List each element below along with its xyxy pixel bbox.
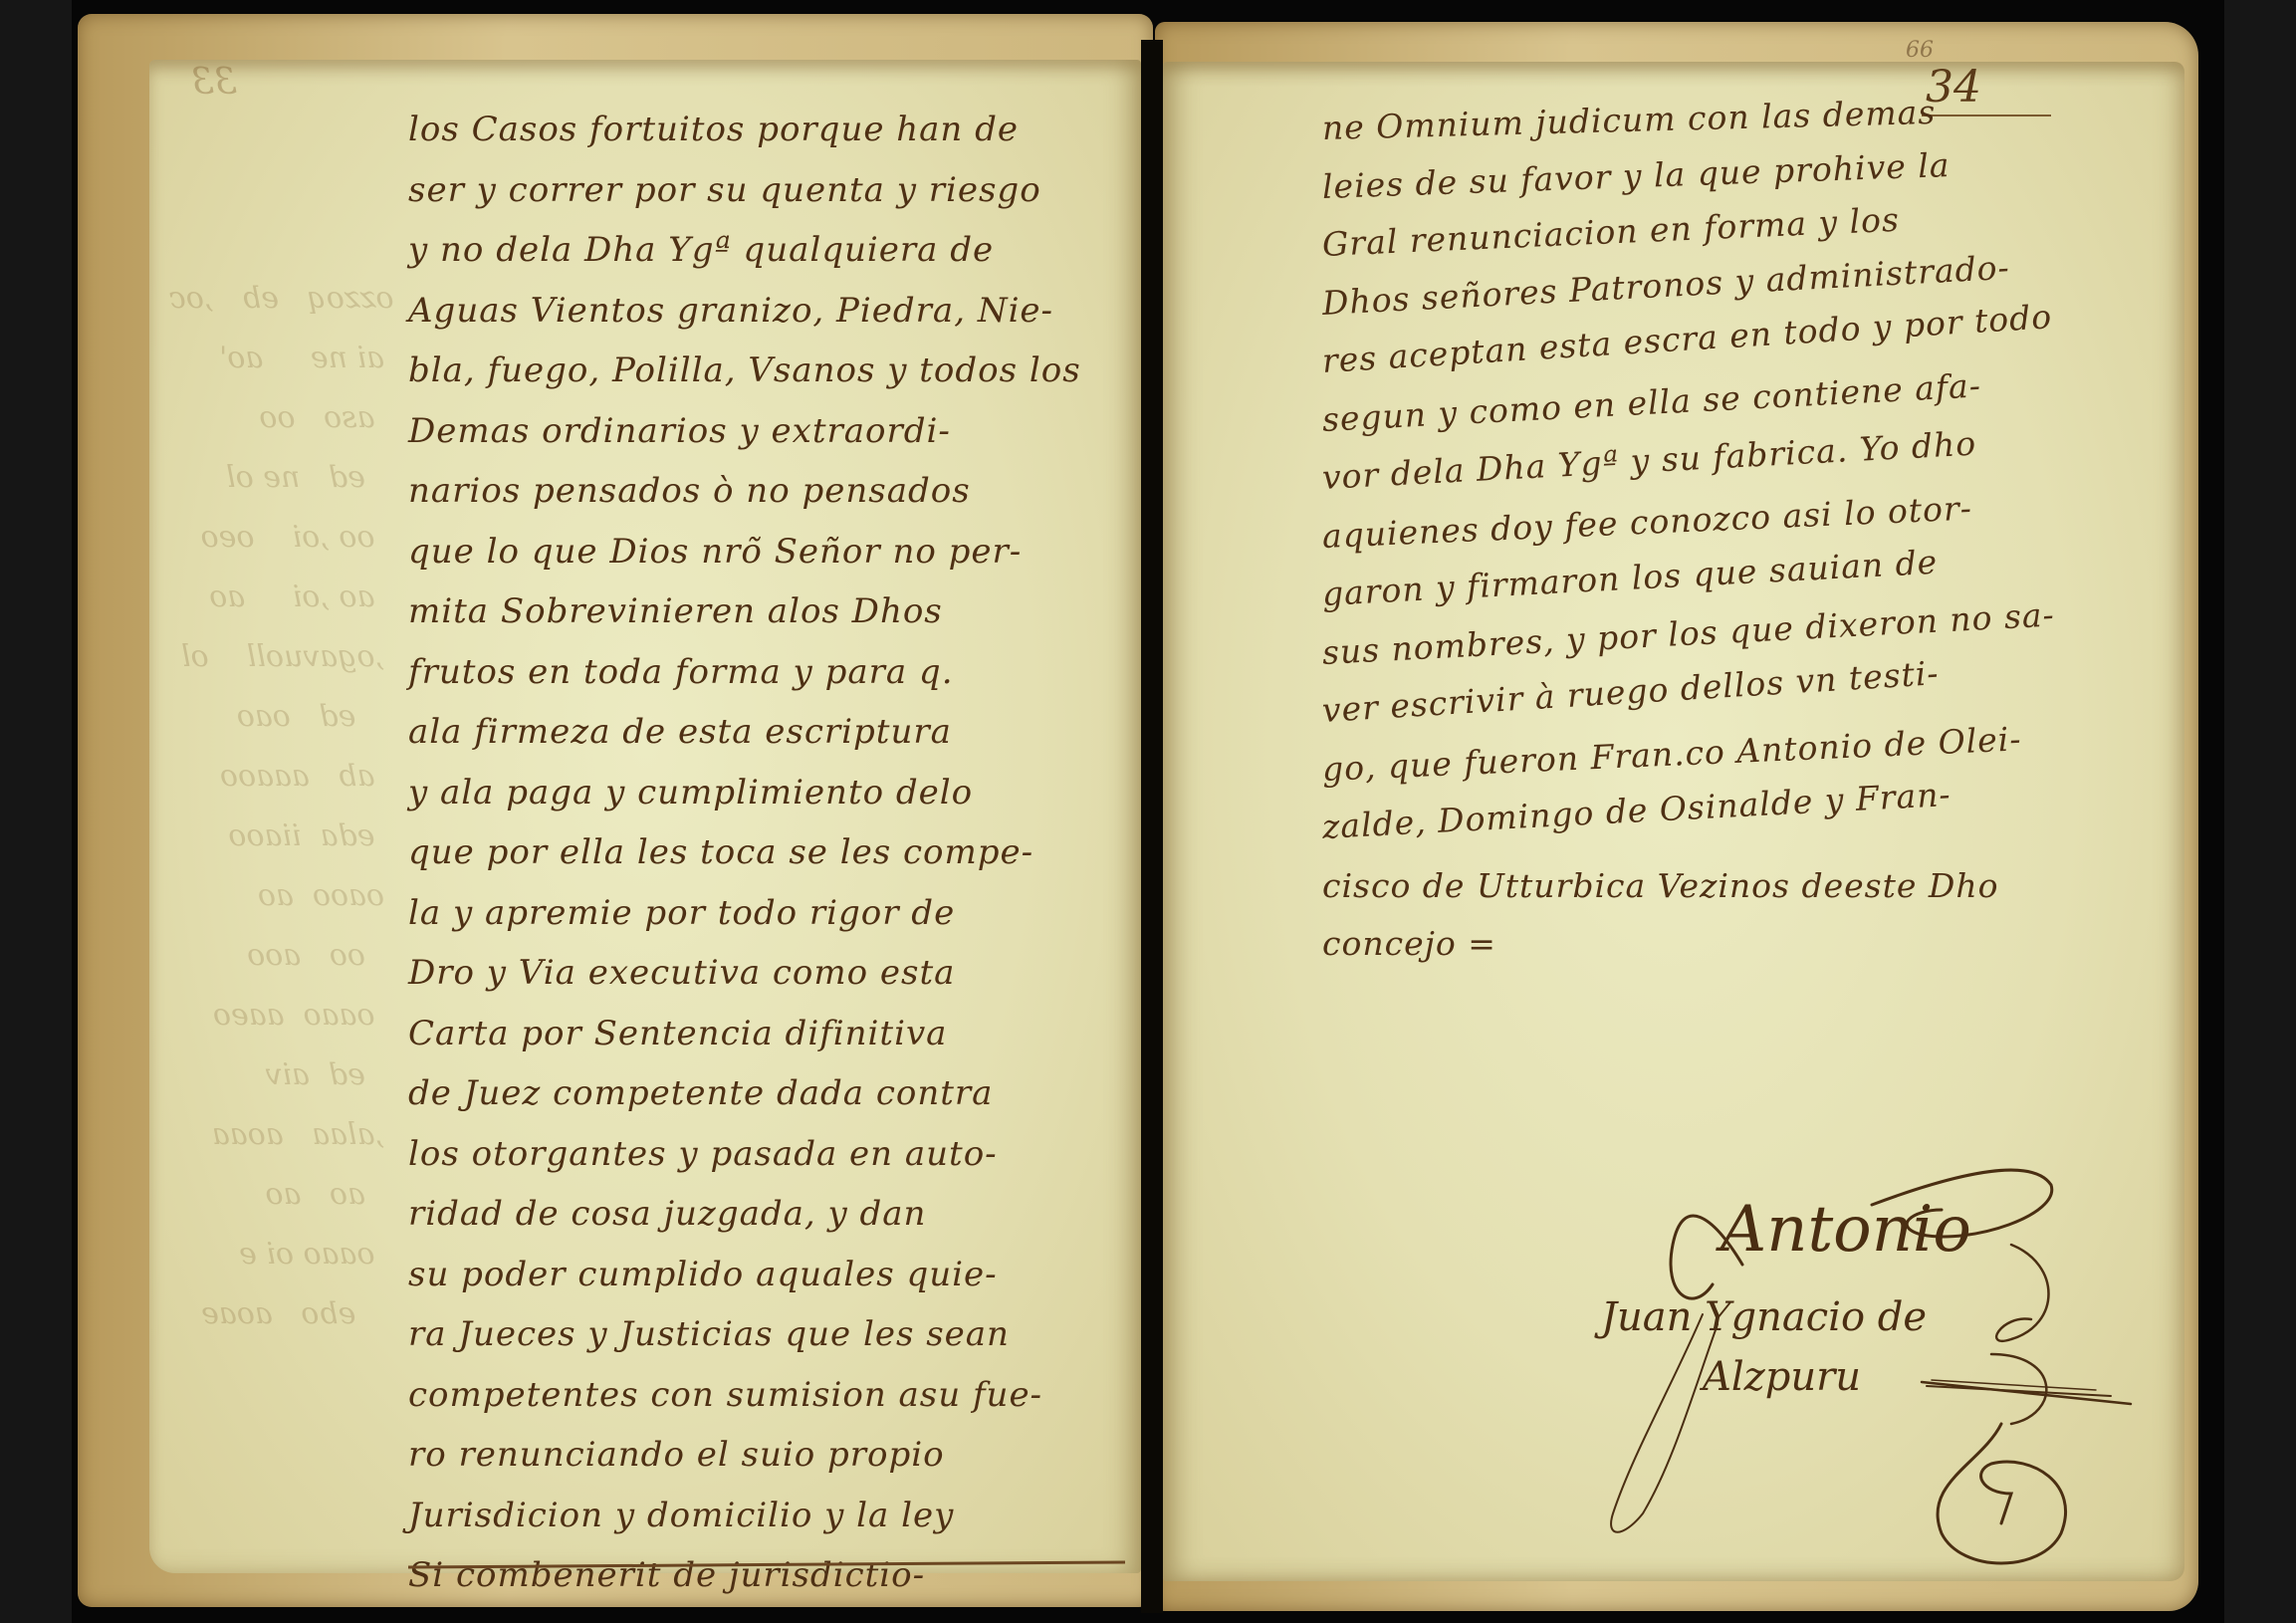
text-line: la y apremie por todo rigor de (408, 883, 1081, 944)
text-line: que lo que Dios nrõ Señor no per- (408, 522, 1081, 582)
text-line: de Juez competente dada contra (408, 1063, 1081, 1124)
bleed-through-text: ozzoq eb ,oc ai ne ao' aso oo ed ne ol o… (169, 269, 394, 1344)
book-gutter (1141, 40, 1163, 1613)
text-line: que por ella les toca se les compe- (408, 822, 1081, 883)
text-line: Demas ordinarios y extraordi- (408, 401, 1081, 462)
right-page-text: ne Omnium judicum con las demas leies de… (1322, 100, 2056, 974)
text-line: bla, fuego, Polilla, Vsanos y todos los (408, 341, 1081, 401)
signature-block: Antonio Juan Ygnacio de Alzpuru (1593, 1155, 2171, 1573)
text-line: y ala paga y cumplimiento delo (408, 763, 1081, 823)
signature-name-line3: Alzpuru (1703, 1354, 1861, 1400)
text-line: ser y correr por su quenta y riesgo (408, 160, 1081, 221)
text-line: narios pensados ò no pensados (408, 461, 1081, 522)
text-line: competentes con sumision asu fue- (408, 1365, 1081, 1426)
text-line: su poder cumplido aquales quie- (408, 1245, 1081, 1305)
folio-small-mark: 66 (1906, 38, 1934, 63)
left-page-text: los Casos fortuitos porque han de ser y … (408, 100, 1081, 1606)
text-line: ro renunciando el suio propio (408, 1425, 1081, 1486)
text-line: Aguas Vientos granizo, Piedra, Nie- (408, 281, 1081, 342)
text-line: mita Sobrevinieren alos Dhos (408, 581, 1081, 642)
text-line: concejo = (1322, 915, 2056, 974)
text-line: y no dela Dha Ygª qualquiera de (408, 220, 1081, 281)
scan-left-margin (0, 0, 72, 1623)
text-line: Si combenerit de jurisdictio- (408, 1545, 1081, 1606)
signature-name-line1: Antonio (1721, 1193, 1971, 1267)
text-line: los otorgantes y pasada en auto- (408, 1124, 1081, 1185)
text-line: ra Jueces y Justicias que les sean (408, 1304, 1081, 1365)
text-line: Dro y Via executiva como esta (408, 943, 1081, 1004)
signature-name-line2: Juan Ygnacio de (1601, 1294, 1927, 1340)
text-line: ridad de cosa juzgada, y dan (408, 1184, 1081, 1245)
text-line: cisco de Utturbica Vezinos deeste Dho (1322, 857, 2056, 916)
text-line: frutos en toda forma y para q. (408, 642, 1081, 703)
scan-right-margin (2224, 0, 2296, 1623)
text-line: Carta por Sentencia difinitiva (408, 1004, 1081, 1064)
folio-number-ghost: 33 (191, 62, 237, 103)
text-line: los Casos fortuitos porque han de (408, 100, 1081, 160)
text-line: Jurisdicion y domicilio y la ley (408, 1486, 1081, 1546)
text-line: ala firmeza de esta escriptura (408, 702, 1081, 763)
